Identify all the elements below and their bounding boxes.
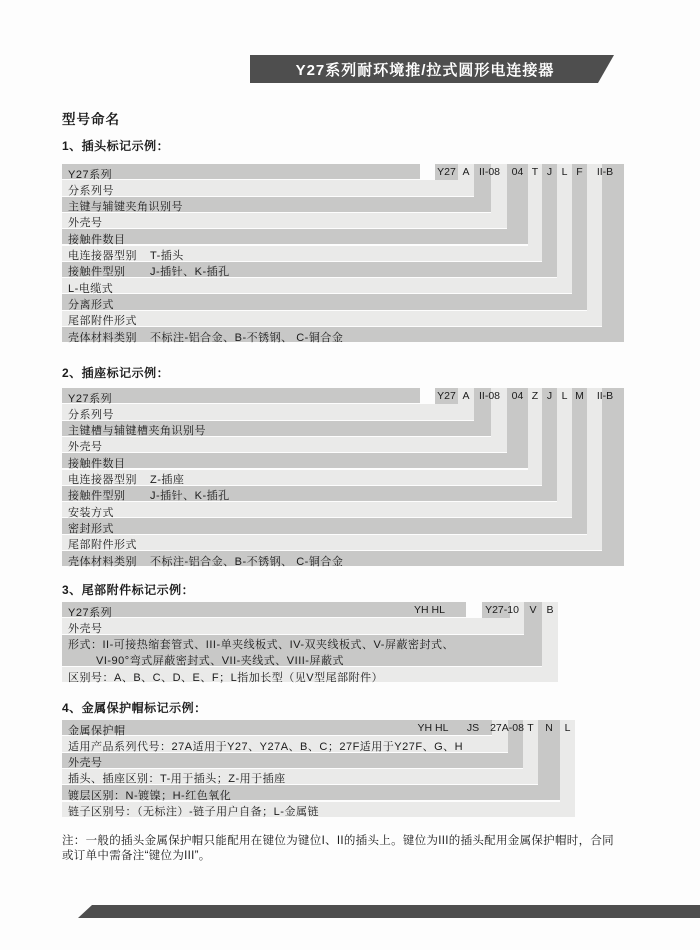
branch-column [587, 388, 602, 535]
section-1-title: 1、插头标记示例： [62, 137, 169, 154]
model-row-bar: 外壳号 [62, 213, 507, 228]
code-label: J [542, 165, 557, 179]
model-row-bar: L-电缆式 [62, 278, 572, 293]
row-label: 壳体材料类别 [68, 553, 137, 569]
row-label: 分系列号 [68, 406, 114, 422]
model-row-bar: Y27系列 [62, 164, 420, 179]
row-label: 接触件型别 [68, 263, 126, 279]
model-row-bar: 密封形式 [62, 518, 587, 533]
footnote-line: 注：一般的插头金属保护帽只能配用在键位为键位I、II的插头上。键位为III的插头… [62, 834, 644, 849]
model-row-bar: 接触件数目 [62, 229, 528, 244]
row-label: 主键与辅键夹角识别号 [68, 198, 183, 214]
model-row-bar: 分系列号 [62, 404, 474, 419]
row-label: 金属保护帽 [68, 722, 126, 738]
row-label: 外壳号 [68, 620, 103, 636]
row-label: Y27系列 [68, 166, 112, 182]
row-description: 不标注-铝合金、B-不锈钢、 C-铜合金 [150, 329, 343, 345]
model-row-bar: Y27系列 [62, 388, 420, 403]
code-label: Z [528, 389, 542, 403]
row-label: Y27系列 [68, 390, 112, 406]
model-row-bar: 插头、插座区别：T-用于插头；Z-用于插座 [62, 769, 538, 784]
model-row-bar: 接触件型别J-插针、K-插孔 [62, 486, 557, 501]
code-label: B [542, 603, 558, 617]
row-label: 电连接器型别 [68, 247, 137, 263]
row-label: 尾部附件形式 [68, 312, 137, 328]
page-header-title: Y27系列耐环境推/拉式圆形电连接器 [296, 59, 569, 80]
model-row-bar: 壳体材料类别不标注-铝合金、B-不锈钢、 C-铜合金 [62, 551, 624, 566]
row-label: 密封形式 [68, 520, 114, 536]
page-footer-banner [78, 905, 700, 918]
model-row-bar: 镀层区别：N-镀镍；H-红色氧化 [62, 785, 560, 800]
code-label: L [557, 165, 572, 179]
code-label: 04 [507, 165, 528, 179]
section-3-title: 3、尾部附件标记示例： [62, 581, 194, 598]
code-label: Y27 [435, 165, 458, 179]
model-row-bar: 外壳号 [62, 753, 523, 768]
row-label: 区别号：A、B、C、D、E、F；L指加长型（见V型尾部附件） [68, 669, 383, 685]
model-row-bar: 分离形式 [62, 294, 587, 309]
branch-column [587, 164, 602, 311]
code-label: V [524, 603, 542, 617]
row-label: 外壳号 [68, 214, 103, 230]
code-label: Y27 [435, 389, 458, 403]
footnote: 注：一般的插头金属保护帽只能配用在键位为键位I、II的插头上。键位为III的插头… [62, 834, 644, 864]
model-row-bar: 安装方式 [62, 502, 572, 517]
row-label: 适用产品系列代号：27A适用于Y27、Y27A、B、C；27F适用于Y27F、G… [68, 738, 463, 754]
row-label: 分离形式 [68, 296, 114, 312]
row-label: Y27系列 [68, 604, 112, 620]
plug-marking-diagram: Y27系列分系列号主键与辅键夹角识别号外壳号接触件数目电连接器型别T-插头接触件… [62, 164, 637, 345]
row-label: 插头、插座区别：T-用于插头；Z-用于插座 [68, 770, 286, 786]
section-4-title: 4、金属保护帽标记示例： [62, 699, 207, 716]
protective-cap-marking-diagram: 金属保护帽适用产品系列代号：27A适用于Y27、Y27A、B、C；27F适用于Y… [62, 720, 637, 819]
code-label: T [523, 721, 538, 735]
code-label: II-08 [472, 389, 507, 403]
row-label: 外壳号 [68, 754, 103, 770]
branch-column [572, 388, 587, 518]
code-label: YH HL [407, 721, 459, 735]
row-label: 接触件型别 [68, 487, 126, 503]
model-row-bar: 壳体材料类别不标注-铝合金、B-不锈钢、 C-铜合金 [62, 327, 624, 342]
code-label: II-B [586, 165, 624, 179]
branch-column [602, 388, 624, 551]
catalog-page: Y27系列耐环境推/拉式圆形电连接器 型号命名 1、插头标记示例： Y27系列分… [0, 0, 700, 950]
branch-column [557, 164, 572, 278]
model-row-bar: 电连接器型别Z-插座 [62, 470, 542, 485]
footnote-line: 或订单中需备注“键位为III”。 [62, 849, 644, 864]
row-description: J-插针、K-插孔 [150, 263, 230, 279]
tail-accessory-marking-diagram: Y27系列外壳号形式：II-可接热缩套管式、III-单夹线板式、IV-双夹线板式… [62, 602, 637, 685]
branch-column [572, 164, 587, 294]
code-label: N [538, 721, 560, 735]
model-row-bar: 尾部附件形式 [62, 311, 602, 326]
code-label: L [557, 389, 572, 403]
code-label: F [572, 165, 587, 179]
socket-marking-diagram: Y27系列分系列号主键槽与辅键槽夹角识别号外壳号接触件数目电连接器型别Z-插座接… [62, 388, 637, 569]
model-row-bar: 接触件型别J-插针、K-插孔 [62, 262, 557, 277]
code-label: J [542, 389, 557, 403]
code-label: 27A-08 [490, 721, 524, 735]
model-row-bar: 主键与辅键夹角识别号 [62, 197, 491, 212]
model-row-bar: 区别号：A、B、C、D、E、F；L指加长型（见V型尾部附件） [62, 667, 558, 682]
row-label: 主键槽与辅键槽夹角识别号 [68, 422, 206, 438]
row-description: J-插针、K-插孔 [150, 487, 230, 503]
code-label: II-08 [472, 165, 507, 179]
model-row-bar: 主键槽与辅键槽夹角识别号 [62, 421, 491, 436]
row-label-continued: VI-90°弯式屏蔽密封式、VII-夹线式、VIII-屏蔽式 [96, 652, 344, 668]
section-2-title: 2、插座标记示例： [62, 364, 169, 381]
model-row-bar: 电连接器型别T-插头 [62, 246, 542, 261]
code-label: L [560, 721, 575, 735]
row-description: T-插头 [150, 247, 184, 263]
row-label: 尾部附件形式 [68, 536, 137, 552]
row-label: 安装方式 [68, 504, 114, 520]
code-label: YH HL [402, 603, 457, 617]
row-label: L-电缆式 [68, 280, 113, 296]
row-label: 镀层区别：N-镀镍；H-红色氧化 [68, 787, 231, 803]
model-row-bar: 链子区别号：（无标注）-链子用户自备；L-金属链 [62, 802, 575, 817]
code-label: M [572, 389, 587, 403]
model-row-bar: 外壳号 [62, 437, 507, 452]
model-row-bar: 尾部附件形式 [62, 535, 602, 550]
model-row-bar: 形式：II-可接热缩套管式、III-单夹线板式、IV-双夹线板式、V-屏蔽密封式… [62, 635, 542, 667]
row-label: 接触件数目 [68, 455, 126, 471]
model-row-bar: 适用产品系列代号：27A适用于Y27、Y27A、B、C；27F适用于Y27F、G… [62, 736, 508, 751]
branch-column [602, 164, 624, 327]
row-label: 形式：II-可接热缩套管式、III-单夹线板式、IV-双夹线板式、V-屏蔽密封式… [68, 636, 454, 652]
model-row-bar: 外壳号 [62, 618, 524, 633]
row-label: 分系列号 [68, 182, 114, 198]
branch-column [557, 388, 572, 502]
model-row-bar: 接触件数目 [62, 453, 528, 468]
code-label: T [528, 165, 542, 179]
row-description: Z-插座 [150, 471, 184, 487]
row-label: 壳体材料类别 [68, 329, 137, 345]
row-label: 链子区别号：（无标注）-链子用户自备；L-金属链 [68, 803, 319, 819]
page-title: 型号命名 [62, 108, 120, 128]
page-header-banner: Y27系列耐环境推/拉式圆形电连接器 [250, 55, 614, 83]
code-label: II-B [586, 389, 624, 403]
code-label: Y27-10 [480, 603, 524, 617]
row-label: 电连接器型别 [68, 471, 137, 487]
model-row-bar: 分系列号 [62, 180, 474, 195]
code-label: JS [462, 721, 484, 735]
row-description: 不标注-铝合金、B-不锈钢、 C-铜合金 [150, 553, 343, 569]
row-label: 接触件数目 [68, 231, 126, 247]
row-label: 外壳号 [68, 438, 103, 454]
code-label: 04 [507, 389, 528, 403]
